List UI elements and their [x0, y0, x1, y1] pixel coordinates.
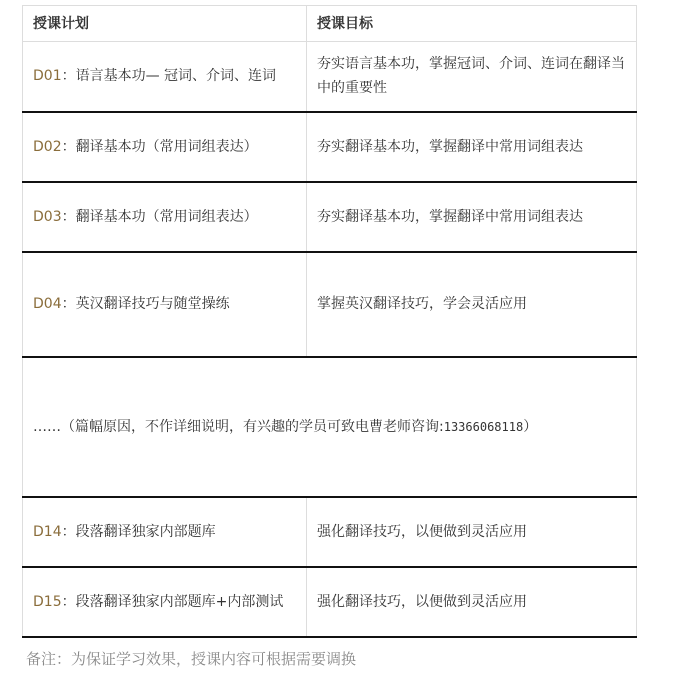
lesson-code: D15	[33, 594, 62, 610]
plan-cell: D01：语言基本功— 冠词、介词、连词	[23, 42, 307, 112]
plan-text: 段落翻译独家内部题库+内部测试	[76, 594, 284, 610]
plan-text: 翻译基本功（常用词组表达）	[76, 139, 258, 155]
table-row: D04：英汉翻译技巧与随堂操练 掌握英汉翻译技巧，学会灵活应用	[23, 252, 637, 357]
plan-cell: D03：翻译基本功（常用词组表达）	[23, 182, 307, 252]
table-row: D02：翻译基本功（常用词组表达） 夯实翻译基本功，掌握翻译中常用词组表达	[23, 112, 637, 182]
lesson-code: D02	[33, 139, 62, 155]
course-plan-table: 授课计划 授课目标 D01：语言基本功— 冠词、介词、连词 夯实语言基本功，掌握…	[22, 5, 637, 638]
goal-cell: 夯实翻译基本功，掌握翻译中常用词组表达	[307, 112, 637, 182]
header-goal: 授课目标	[307, 6, 637, 42]
lesson-code: D01	[33, 68, 62, 84]
lesson-code: D14	[33, 524, 62, 540]
phone-number: 13366068118	[444, 420, 523, 434]
lesson-code: D04	[33, 296, 62, 312]
table-row: D01：语言基本功— 冠词、介词、连词 夯实语言基本功，掌握冠词、介词、连词在翻…	[23, 42, 637, 112]
goal-cell: 夯实语言基本功，掌握冠词、介词、连词在翻译当中的重要性	[307, 42, 637, 112]
ellipsis-cell: ……（篇幅原因，不作详细说明，有兴趣的学员可致电曹老师咨询:1336606811…	[23, 357, 637, 497]
table-row: D14：段落翻译独家内部题库 强化翻译技巧，以便做到灵活应用	[23, 497, 637, 567]
plan-cell: D04：英汉翻译技巧与随堂操练	[23, 252, 307, 357]
plan-cell: D15：段落翻译独家内部题库+内部测试	[23, 567, 307, 637]
goal-cell: 夯实翻译基本功，掌握翻译中常用词组表达	[307, 182, 637, 252]
goal-cell: 强化翻译技巧，以便做到灵活应用	[307, 567, 637, 637]
footnote: 备注：为保证学习效果，授课内容可根据需要调换	[26, 648, 356, 669]
lesson-code: D03	[33, 209, 62, 225]
plan-cell: D02：翻译基本功（常用词组表达）	[23, 112, 307, 182]
plan-text: 英汉翻译技巧与随堂操练	[76, 296, 230, 312]
table-row: D03：翻译基本功（常用词组表达） 夯实翻译基本功，掌握翻译中常用词组表达	[23, 182, 637, 252]
goal-cell: 掌握英汉翻译技巧，学会灵活应用	[307, 252, 637, 357]
plan-text: 语言基本功— 冠词、介词、连词	[76, 68, 276, 84]
goal-cell: 强化翻译技巧，以便做到灵活应用	[307, 497, 637, 567]
ellipsis-row: ……（篇幅原因，不作详细说明，有兴趣的学员可致电曹老师咨询:1336606811…	[23, 357, 637, 497]
plan-text: 翻译基本功（常用词组表达）	[76, 209, 258, 225]
table-row: D15：段落翻译独家内部题库+内部测试 强化翻译技巧，以便做到灵活应用	[23, 567, 637, 637]
header-plan: 授课计划	[23, 6, 307, 42]
plan-text: 段落翻译独家内部题库	[76, 524, 216, 540]
table-header-row: 授课计划 授课目标	[23, 6, 637, 42]
plan-cell: D14：段落翻译独家内部题库	[23, 497, 307, 567]
ellipsis-text: ……（篇幅原因，不作详细说明，有兴趣的学员可致电曹老师咨询:	[33, 419, 444, 435]
